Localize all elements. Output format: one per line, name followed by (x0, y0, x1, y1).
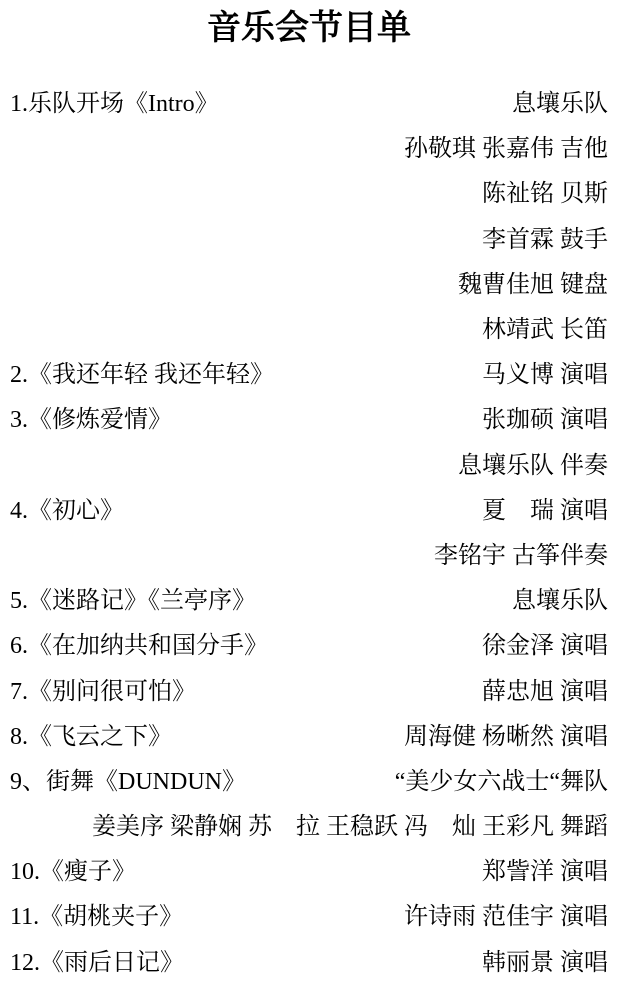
program-row: 11.《胡桃夹子》 许诗雨 范佳宇 演唱 (0, 891, 618, 936)
program-performers: 徐金泽 演唱 (482, 625, 608, 660)
program-performers: 薛忠旭 演唱 (482, 671, 608, 706)
program-performers: 许诗雨 范佳宇 演唱 (404, 896, 608, 931)
program-row: 9、街舞《DUNDUN》 “美少女六战士“舞队 (0, 756, 618, 801)
program-item-title: 5.《迷路记》《兰亭序》 (10, 580, 256, 615)
program-row: 10.《瘦子》 郑訾洋 演唱 (0, 846, 618, 891)
program-performers: 夏 瑞 演唱 (482, 490, 608, 525)
program-list: 1.乐队开场《Intro》 息壤乐队 孙敬琪 张嘉伟 吉他 陈祉铭 贝斯 李首霖… (0, 78, 618, 982)
program-row: 1.乐队开场《Intro》 息壤乐队 (0, 78, 618, 123)
program-row: 李首霖 鼓手 (0, 214, 618, 259)
program-item-title: 7.《别问很可怕》 (10, 671, 196, 706)
program-row: 魏曹佳旭 键盘 (0, 259, 618, 304)
program-row: 陈祉铭 贝斯 (0, 168, 618, 213)
program-performers: 孙敬琪 张嘉伟 吉他 (404, 128, 608, 163)
program-performers: 马义博 演唱 (482, 354, 608, 389)
program-row: 3.《修炼爱情》 张珈硕 演唱 (0, 394, 618, 439)
program-item-title: 6.《在加纳共和国分手》 (10, 625, 268, 660)
program-performers: 息壤乐队 伴奏 (458, 445, 608, 480)
program-item-title: 1.乐队开场《Intro》 (10, 83, 219, 118)
program-item-title: 4.《初心》 (10, 490, 124, 525)
program-item-title: 10.《瘦子》 (10, 851, 136, 886)
program-item-title: 11.《胡桃夹子》 (10, 896, 183, 931)
program-performers: 李首霖 鼓手 (482, 219, 608, 254)
program-item-title: 2.《我还年轻 我还年轻》 (10, 354, 274, 389)
program-performers: 魏曹佳旭 键盘 (458, 264, 608, 299)
program-performers: 姜美序 梁静娴 苏 拉 王稳跃 冯 灿 王彩凡 舞蹈 (92, 806, 608, 841)
program-performers: “美少女六战士“舞队 (395, 761, 608, 796)
program-performers: 林靖武 长笛 (482, 309, 608, 344)
program-row: 2.《我还年轻 我还年轻》 马义博 演唱 (0, 349, 618, 394)
page-title: 音乐会节目单 (0, 0, 618, 72)
program-performers: 陈祉铭 贝斯 (482, 173, 608, 208)
program-row: 12.《雨后日记》 韩丽景 演唱 (0, 937, 618, 982)
program-item-title: 8.《飞云之下》 (10, 716, 172, 751)
program-row: 孙敬琪 张嘉伟 吉他 (0, 123, 618, 168)
program-row: 5.《迷路记》《兰亭序》 息壤乐队 (0, 575, 618, 620)
program-row: 林靖武 长笛 (0, 304, 618, 349)
program-row: 6.《在加纳共和国分手》 徐金泽 演唱 (0, 620, 618, 665)
program-performers: 李铭宇 古筝伴奏 (434, 535, 608, 570)
program-row: 李铭宇 古筝伴奏 (0, 530, 618, 575)
concert-program-page: 音乐会节目单 1.乐队开场《Intro》 息壤乐队 孙敬琪 张嘉伟 吉他 陈祉铭… (0, 0, 618, 982)
program-item-title: 9、街舞《DUNDUN》 (10, 761, 246, 796)
program-row: 8.《飞云之下》 周海健 杨晰然 演唱 (0, 711, 618, 756)
program-performers: 郑訾洋 演唱 (482, 851, 608, 886)
program-item-title: 12.《雨后日记》 (10, 942, 184, 977)
program-item-title: 3.《修炼爱情》 (10, 399, 172, 434)
program-row: 姜美序 梁静娴 苏 拉 王稳跃 冯 灿 王彩凡 舞蹈 (0, 801, 618, 846)
program-performers: 张珈硕 演唱 (482, 399, 608, 434)
program-performers: 息壤乐队 (512, 580, 608, 615)
program-performers: 韩丽景 演唱 (482, 942, 608, 977)
program-row: 7.《别问很可怕》 薛忠旭 演唱 (0, 665, 618, 710)
program-performers: 周海健 杨晰然 演唱 (404, 716, 608, 751)
program-row: 息壤乐队 伴奏 (0, 440, 618, 485)
program-performers: 息壤乐队 (512, 83, 608, 118)
program-row: 4.《初心》 夏 瑞 演唱 (0, 485, 618, 530)
